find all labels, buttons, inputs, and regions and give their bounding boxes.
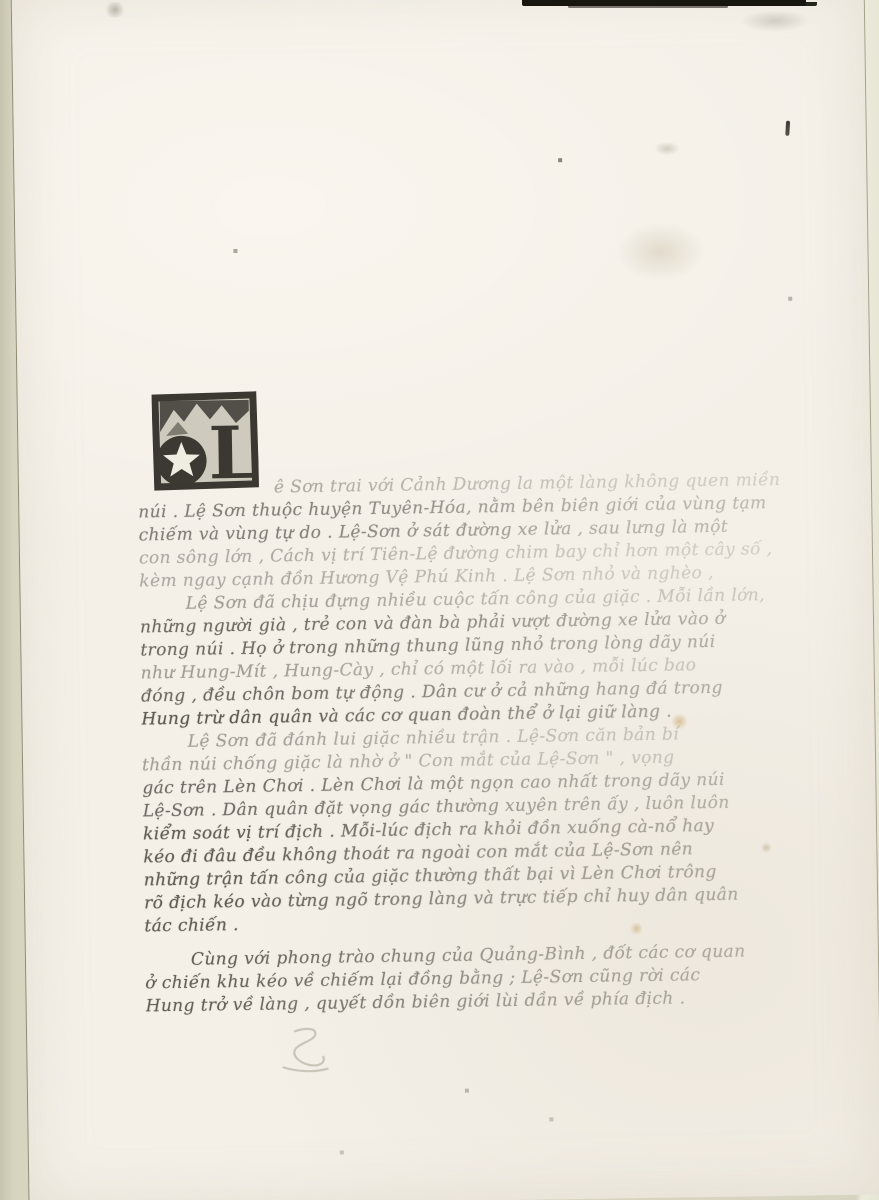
- foxing-spot: [654, 141, 680, 155]
- pencil-tick-mark: [785, 121, 790, 136]
- paragraph: Lệ Sơn đã chịu đựng nhiều cuộc tấn công …: [140, 584, 794, 732]
- pencil-squiggle-mark: [265, 1018, 356, 1089]
- paper-page: L ê Sơn trai với Cảnh Dương la một làng …: [11, 0, 879, 1200]
- paragraph: Lệ Sơn đã đánh lui giặc nhiều trận . Lệ-…: [142, 722, 797, 939]
- paragraph: ê Sơn trai với Cảnh Dương la một làng kh…: [138, 469, 792, 594]
- scan-exposure-band: [528, 0, 806, 6]
- paper-shading: [615, 221, 706, 282]
- pencil-squiggle-icon: [265, 1018, 356, 1089]
- smudge-stain: [104, 2, 126, 18]
- paragraph: Cùng với phong trào chung của Quảng-Bình…: [145, 940, 798, 1019]
- text-body: ê Sơn trai với Cảnh Dương la một làng kh…: [138, 469, 798, 1019]
- faint-scribble-smudge: [740, 9, 810, 32]
- scanned-document: L ê Sơn trai với Cảnh Dương la một làng …: [0, 0, 879, 1200]
